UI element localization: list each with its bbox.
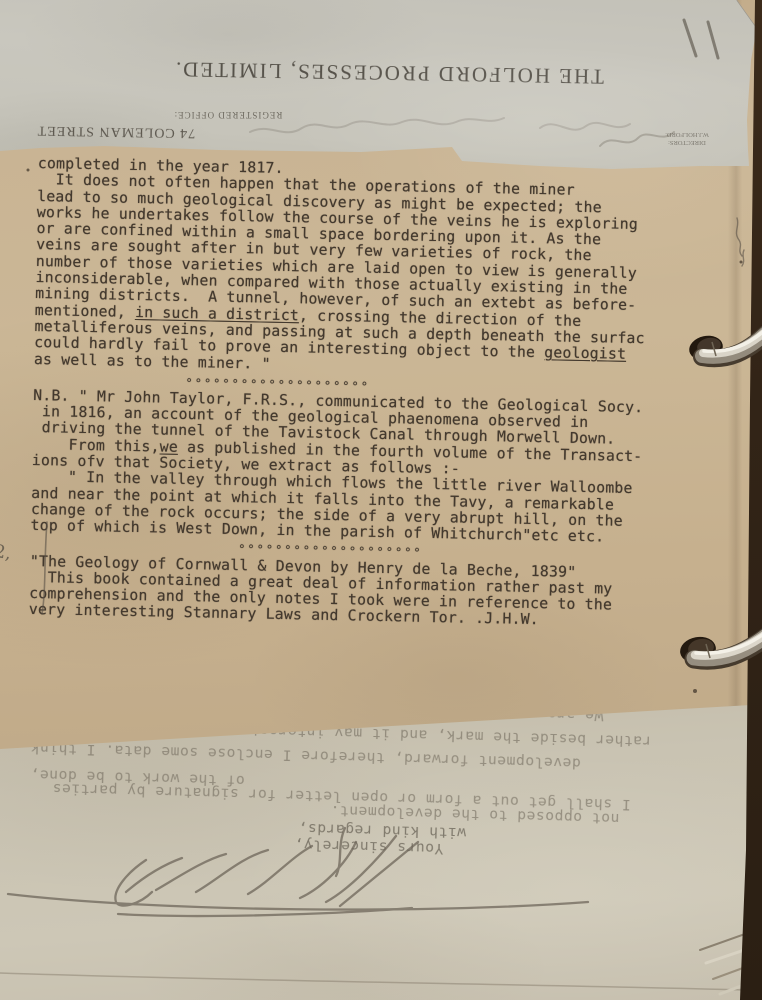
letterhead-page-upside-down: THE HOLFORD PROCESSES, LIMITED. REGISTER…: [0, 0, 762, 172]
paragraph-geology-book-note: "The Geology of Cornwall & Devon by Henr…: [29, 553, 720, 632]
directors-label: DIRECTORS:: [648, 138, 726, 146]
underlined-phrase: we: [160, 438, 179, 455]
scanned-document-page: We are now actively pressing the best ra…: [0, 0, 762, 1000]
company-address: 74 COLEMAN STREET: [16, 121, 216, 140]
director-name: W.J.HOLFORD.: [648, 130, 726, 138]
paragraph-mining-extract: completed in the year 1817. It does not …: [34, 156, 728, 382]
folded-corner-crease: [0, 0, 762, 172]
typed-text: completed in the year 1817. It does not …: [29, 156, 728, 632]
paragraph-nb-john-taylor: N.B. " Mr John Taylor, F.R.S., communica…: [30, 388, 723, 548]
directors-block: DIRECTORS: W.J.HOLFORD.: [648, 130, 726, 146]
company-name: THE HOLFORD PROCESSES, LIMITED.: [158, 56, 620, 89]
underlined-phrase: geologist: [544, 344, 626, 363]
registered-office-label: REGISTERED OFFICE:: [148, 110, 308, 120]
faded-handwriting: [0, 0, 762, 172]
